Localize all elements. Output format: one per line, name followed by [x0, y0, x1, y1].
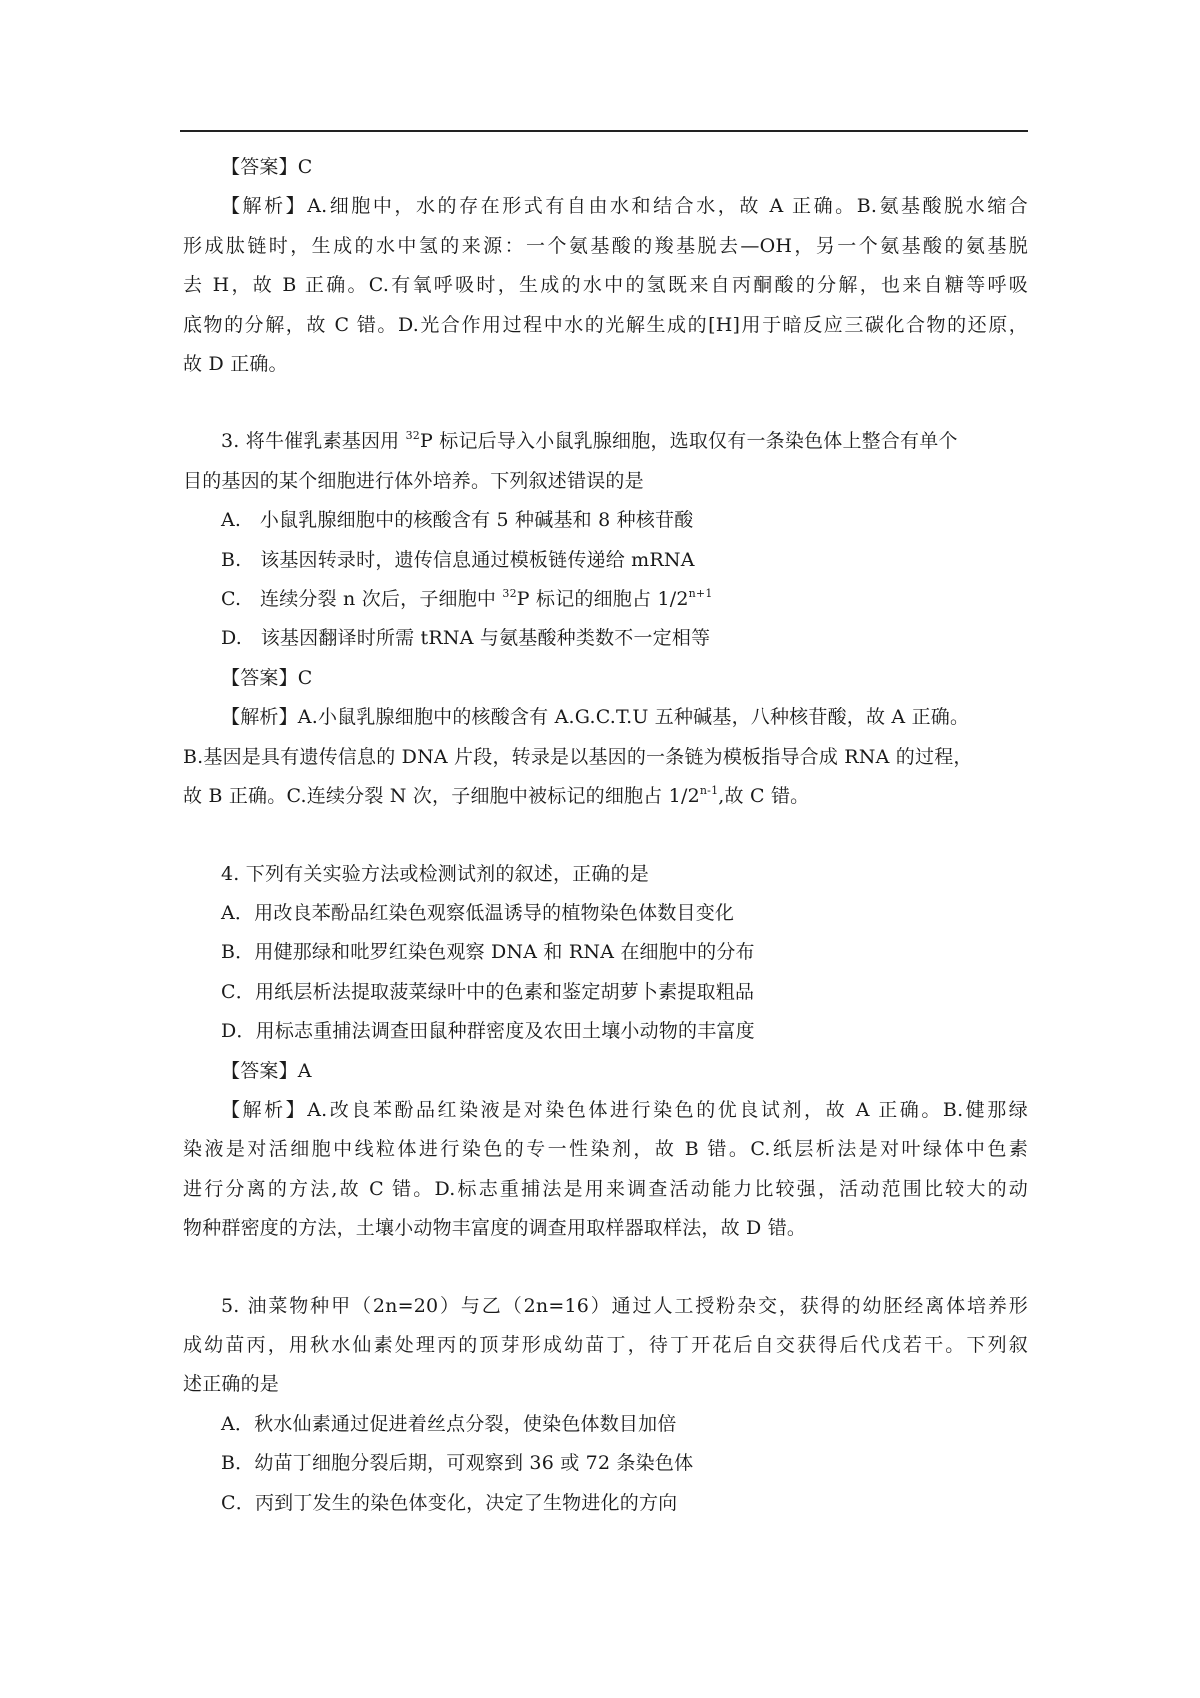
q2-analysis-line: 形成肽链时，生成的水中氢的来源：一个氨基酸的羧基脱去—OH，另一个氨基酸的氨基脱 — [183, 227, 1028, 266]
q2-answer: 【答案】C — [183, 148, 1028, 187]
q3-analysis-line: B.基因是具有遗传信息的 DNA 片段，转录是以基因的一条链为模板指导合成 RN… — [183, 738, 1028, 777]
q3-option-a: A. 小鼠乳腺细胞中的核酸含有 5 种碱基和 8 种核苷酸 — [183, 501, 1028, 540]
q4-stem: 4. 下列有关实验方法或检测试剂的叙述，正确的是 — [183, 855, 1028, 894]
q4-option-b: B．用健那绿和吡罗红染色观察 DNA 和 RNA 在细胞中的分布 — [183, 933, 1028, 972]
q3-analysis-line: 故 B 正确。C.连续分裂 N 次，子细胞中被标记的细胞占 1/2n-1,故 C… — [183, 777, 1028, 816]
document-page: 【答案】C 【解析】A.细胞中，水的存在形式有自由水和结合水，故 A 正确。B.… — [183, 148, 1028, 1523]
q3-stem-text: P 标记后导入小鼠乳腺细胞，选取仅有一条染色体上整合有单个 — [420, 430, 958, 452]
q3-analysis-line: 【解析】A.小鼠乳腺细胞中的核酸含有 A.G.C.T.U 五种碱基，八种核苷酸，… — [183, 698, 1028, 737]
q5-stem-line: 5. 油菜物种甲（2n=20）与乙（2n=16）通过人工授粉杂交，获得的幼胚经离… — [183, 1287, 1028, 1326]
q4-analysis-line: 【解析】A.改良苯酚品红染液是对染色体进行染色的优良试剂，故 A 正确。B.健那… — [183, 1091, 1028, 1130]
q5-option-a: A．秋水仙素通过促进着丝点分裂，使染色体数目加倍 — [183, 1405, 1028, 1444]
superscript: 32 — [406, 429, 420, 442]
q5-option-c: C．丙到丁发生的染色体变化，决定了生物进化的方向 — [183, 1484, 1028, 1523]
q4-analysis-line: 染液是对活细胞中线粒体进行染色的专一性染剂，故 B 错。C.纸层析法是对叶绿体中… — [183, 1130, 1028, 1169]
header-rule — [180, 130, 1028, 132]
q4-option-a: A．用改良苯酚品红染色观察低温诱导的植物染色体数目变化 — [183, 894, 1028, 933]
q3-option-b: B. 该基因转录时，遗传信息通过模板链传递给 mRNA — [183, 541, 1028, 580]
q3-analysis-text: ,故 C 错。 — [718, 785, 809, 807]
superscript: 32 — [502, 587, 516, 600]
q3-option-c: C. 连续分裂 n 次后，子细胞中 32P 标记的细胞占 1/2n+1 — [183, 580, 1028, 619]
q2-analysis-line: 去 H，故 B 正确。C.有氧呼吸时，生成的水中的氢既来自丙酮酸的分解，也来自糖… — [183, 266, 1028, 305]
q3-stem-line-2: 目的基因的某个细胞进行体外培养。下列叙述错误的是 — [183, 462, 1028, 501]
q2-analysis-line: 底物的分解，故 C 错。D.光合作用过程中水的光解生成的[H]用于暗反应三碳化合… — [183, 306, 1028, 345]
q4-answer: 【答案】A — [183, 1052, 1028, 1091]
q2-analysis-line: 【解析】A.细胞中，水的存在形式有自由水和结合水，故 A 正确。B.氨基酸脱水缩… — [183, 187, 1028, 226]
q3-analysis-text: 故 B 正确。C.连续分裂 N 次，子细胞中被标记的细胞占 1/2 — [183, 785, 700, 807]
q4-option-d: D．用标志重捕法调查田鼠种群密度及农田土壤小动物的丰富度 — [183, 1012, 1028, 1051]
spacer — [183, 817, 1028, 855]
q4-analysis-line: 进行分离的方法,故 C 错。D.标志重捕法是用来调查活动能力比较强，活动范围比较… — [183, 1170, 1028, 1209]
q5-stem-line: 成幼苗丙，用秋水仙素处理丙的顶芽形成幼苗丁，待丁开花后自交获得后代戊若干。下列叙 — [183, 1326, 1028, 1365]
q2-analysis-line: 故 D 正确。 — [183, 345, 1028, 384]
spacer — [183, 384, 1028, 422]
q5-stem-line: 述正确的是 — [183, 1365, 1028, 1404]
q4-option-c: C．用纸层析法提取菠菜绿叶中的色素和鉴定胡萝卜素提取粗品 — [183, 973, 1028, 1012]
q3-answer: 【答案】C — [183, 659, 1028, 698]
superscript: n+1 — [689, 587, 713, 600]
q5-option-b: B．幼苗丁细胞分裂后期，可观察到 36 或 72 条染色体 — [183, 1444, 1028, 1483]
q3-stem-line-1: 3. 将牛催乳素基因用 32P 标记后导入小鼠乳腺细胞，选取仅有一条染色体上整合… — [183, 422, 1028, 461]
q3-stem-text: 3. 将牛催乳素基因用 — [221, 430, 406, 452]
q4-analysis-line: 物种群密度的方法，土壤小动物丰富度的调查用取样器取样法，故 D 错。 — [183, 1209, 1028, 1248]
spacer — [183, 1249, 1028, 1287]
q3-option-c-text: C. 连续分裂 n 次后，子细胞中 — [221, 588, 502, 610]
superscript: n-1 — [700, 784, 718, 797]
q3-option-d: D. 该基因翻译时所需 tRNA 与氨基酸种类数不一定相等 — [183, 619, 1028, 658]
q3-option-c-text: P 标记的细胞占 1/2 — [517, 588, 689, 610]
